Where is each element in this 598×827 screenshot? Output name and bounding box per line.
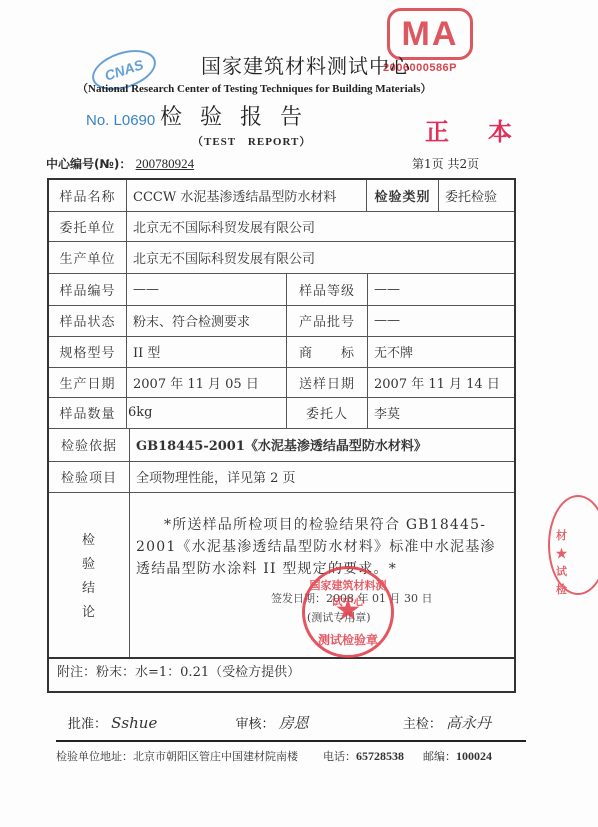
value-sample-grade: —— [368, 273, 514, 305]
conclusion-char: 检 [82, 529, 95, 553]
conclusion-char: 结 [82, 577, 95, 601]
value-test-type: 委托检验 [439, 180, 514, 211]
value-prod-date: 2007 年 11 月 05 日 [127, 367, 286, 397]
label-sample-state: 样品状态 [49, 305, 126, 336]
label-items: 检验项目 [49, 461, 129, 492]
edge-seal-text: 材 ★ 试检 [556, 527, 568, 599]
center-number: 中心编号(№)： 200780924 [46, 155, 194, 172]
value-model: II 型 [127, 336, 286, 367]
label-batch-no: 产品批号 [287, 305, 367, 336]
value-basis: GB18445-2001《水泥基渗透结晶型防水材料》 [130, 428, 514, 461]
center-number-label: 中心编号(№)： [46, 157, 131, 171]
label-test-type: 检验类别 [367, 180, 438, 211]
seal-bottom-text: 测试检验章 [305, 631, 391, 648]
label-sample-no: 样品编号 [49, 273, 126, 305]
value-batch-no: —— [368, 305, 514, 336]
value-consignor: 李莫 [368, 397, 514, 428]
review-label: 审核： [235, 717, 274, 732]
label-consignor: 委托人 [287, 397, 367, 428]
cnas-number: No. L0690 [86, 112, 155, 129]
official-seal: 国家建筑材料测试中心 ★ 测试检验章 [302, 566, 394, 658]
edge-seal: 材 ★ 试检 [548, 495, 598, 595]
value-sample-no: —— [127, 273, 286, 305]
row-divider [49, 492, 514, 493]
value-client: 北京无不国际科贸发展有限公司 [127, 211, 514, 241]
footer: 检验单位地址：北京市朝阳区管庄中国建材院南楼 电话：65728538 邮编：10… [56, 748, 492, 764]
page-info: 第1页 共2页 [412, 155, 479, 172]
value-brand: 无不牌 [368, 336, 514, 367]
value-quantity: 6kg [127, 397, 286, 428]
label-prod-date: 生产日期 [49, 367, 126, 397]
report-title: 检验报告 [160, 100, 320, 131]
label-sample-name: 样品名称 [49, 180, 126, 211]
note: 附注：粉末：水=1：0.21（受检方提供） [57, 661, 300, 680]
label-conclusion: 检 验 结 论 [49, 494, 128, 659]
review-signature: 房恩 [279, 712, 359, 733]
label-client: 委托单位 [49, 211, 126, 241]
footer-phone-label: 电话： [323, 750, 356, 763]
org-name-en: （National Research Center of Testing Tec… [77, 80, 431, 96]
approve-signature: Sshue [111, 714, 191, 732]
inspector-signature: 高永丹 [446, 714, 491, 732]
conclusion-char: 验 [82, 553, 95, 577]
signature-row: 批准： Sshue 审核： 房恩 主检： 高永丹 [68, 712, 491, 733]
label-sample-grade: 样品等级 [287, 273, 367, 305]
original-stamp-ben: 本 [488, 112, 512, 147]
label-quantity: 样品数量 [49, 397, 126, 428]
footer-phone: 65728538 [356, 749, 404, 763]
label-producer: 生产单位 [49, 241, 126, 273]
org-name-cn: 国家建筑材料测试中心 [0, 50, 598, 79]
original-stamp-zheng: 正 [425, 112, 449, 147]
approve-label: 批准： [68, 717, 107, 732]
footer-zip: 100024 [456, 749, 492, 763]
value-items: 全项物理性能，详见第 2 页 [130, 461, 514, 492]
value-send-date: 2007 年 11 月 14 日 [368, 367, 514, 397]
value-sample-name: CCCW 水泥基渗透结晶型防水材料 [127, 180, 366, 211]
value-conclusion: *所送样品所检项目的检验结果符合 GB18445-2001《水泥基渗透结晶型防水… [136, 514, 510, 580]
value-sample-state: 粉末、符合检测要求 [127, 305, 286, 336]
footer-zip-label: 邮编： [423, 750, 456, 763]
report-table: 样品名称 CCCW 水泥基渗透结晶型防水材料 检验类别 委托检验 委托单位 北京… [47, 178, 516, 693]
footer-address: 检验单位地址：北京市朝阳区管庄中国建材院南楼 [56, 750, 298, 763]
footer-divider [56, 740, 526, 742]
label-send-date: 送样日期 [287, 367, 367, 397]
conclusion-char: 论 [82, 601, 95, 625]
star-icon: ★ [305, 593, 391, 628]
inspector-label: 主检： [403, 717, 442, 732]
label-model: 规格型号 [49, 336, 126, 367]
center-number-value: 200780924 [136, 156, 195, 171]
report-subtitle: （TEST REPORT） [192, 133, 311, 149]
label-basis: 检验依据 [49, 428, 129, 461]
label-brand: 商 标 [287, 336, 367, 367]
value-producer: 北京无不国际科贸发展有限公司 [127, 241, 514, 273]
